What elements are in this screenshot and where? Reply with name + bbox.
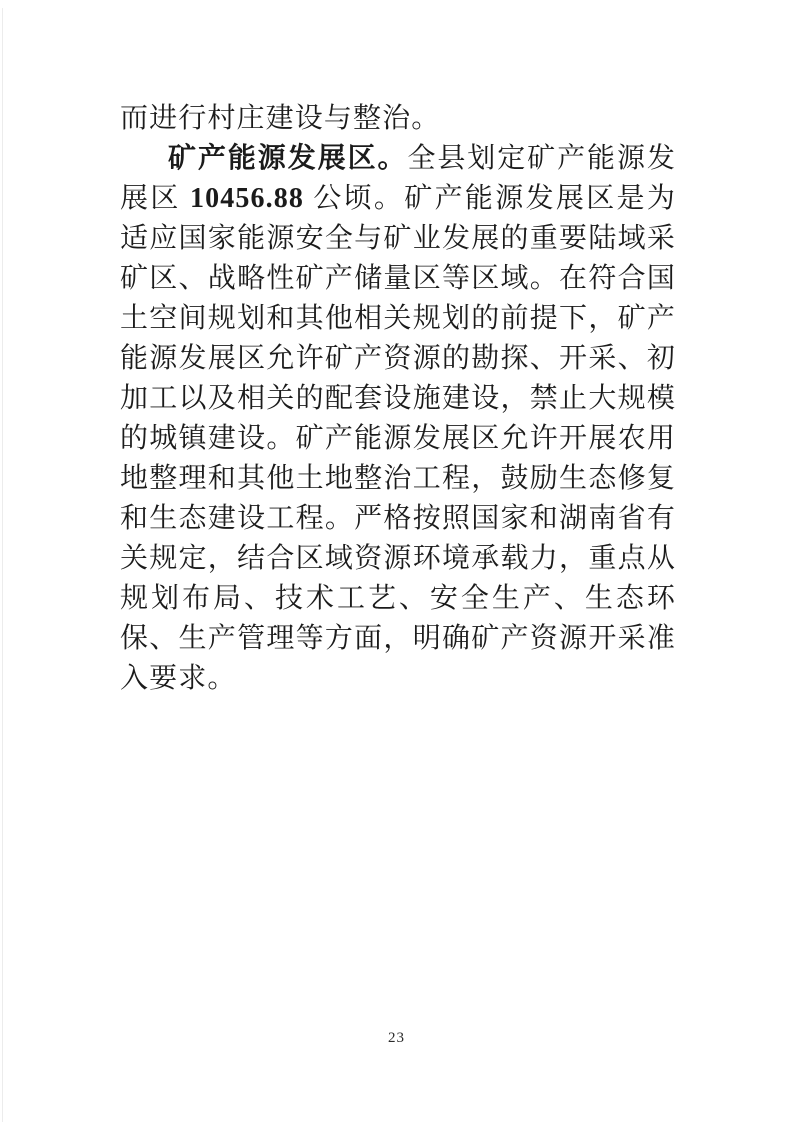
area-value: 10456.88 [190, 183, 304, 214]
page-edge-line [2, 8, 3, 1122]
page-content: 而进行村庄建设与整治。 矿产能源发展区。全县划定矿产能源发展区 10456.88… [120, 99, 676, 699]
document-page: 而进行村庄建设与整治。 矿产能源发展区。全县划定矿产能源发展区 10456.88… [0, 0, 793, 1122]
paragraph-rest-text: 公顷。矿产能源发展区是为适应国家能源安全与矿业发展的重要陆域采矿区、战略性矿产储… [120, 183, 676, 694]
paragraph-mineral-energy-zone: 矿产能源发展区。全县划定矿产能源发展区 10456.88 公顷。矿产能源发展区是… [120, 139, 676, 699]
page-number: 23 [0, 1030, 793, 1047]
paragraph-continuation: 而进行村庄建设与整治。 [120, 99, 676, 139]
paragraph-heading: 矿产能源发展区。 [168, 143, 407, 174]
